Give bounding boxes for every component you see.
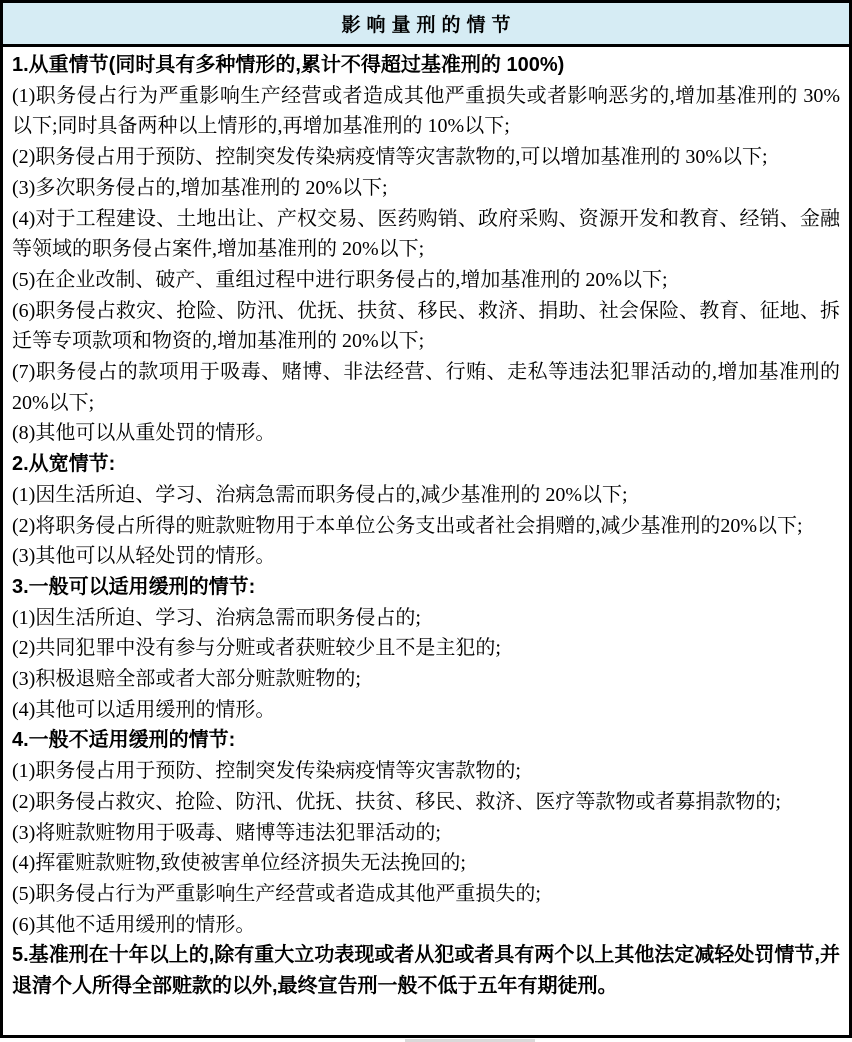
table-body: 1.从重情节(同时具有多种情形的,累计不得超过基准刑的 100%) (1)职务侵… xyxy=(3,47,849,1002)
section-4-item-6: (6)其他不适用缓刑的情形。 xyxy=(12,910,840,941)
section-1-item-4: (4)对于工程建设、土地出让、产权交易、医药购销、政府采购、资源开发和教育、经销… xyxy=(12,204,840,265)
section-4-item-5: (5)职务侵占行为严重影响生产经营或者造成其他严重损失的; xyxy=(12,879,840,910)
section-1-item-2: (2)职务侵占用于预防、控制突发传染病疫情等灾害款物的,可以增加基准刑的 30%… xyxy=(12,142,840,173)
table-header: 影响量刑的情节 xyxy=(3,3,849,47)
section-3-item-1: (1)因生活所迫、学习、治病急需而职务侵占的; xyxy=(12,603,840,634)
section-heading-5: 5.基准刑在十年以上的,除有重大立功表现或者从犯或者具有两个以上其他法定减轻处罚… xyxy=(12,940,840,1001)
section-heading-1: 1.从重情节(同时具有多种情形的,累计不得超过基准刑的 100%) xyxy=(12,50,840,81)
section-2-item-1: (1)因生活所迫、学习、治病急需而职务侵占的,减少基准刑的 20%以下; xyxy=(12,480,840,511)
section-1-item-8: (8)其他可以从重处罚的情形。 xyxy=(12,418,840,449)
section-3-item-4: (4)其他可以适用缓刑的情形。 xyxy=(12,695,840,726)
section-heading-4: 4.一般不适用缓刑的情节: xyxy=(12,725,840,756)
document-page: 影响量刑的情节 1.从重情节(同时具有多种情形的,累计不得超过基准刑的 100%… xyxy=(0,0,852,1042)
section-1-item-1: (1)职务侵占行为严重影响生产经营或者造成其他严重损失或者影响恶劣的,增加基准刑… xyxy=(12,81,840,142)
section-4-item-2: (2)职务侵占救灾、抢险、防汛、优抚、扶贫、移民、救济、医疗等款物或者募捐款物的… xyxy=(12,787,840,818)
section-3-item-2: (2)共同犯罪中没有参与分赃或者获赃较少且不是主犯的; xyxy=(12,633,840,664)
section-4-item-1: (1)职务侵占用于预防、控制突发传染病疫情等灾害款物的; xyxy=(12,756,840,787)
section-1-item-6: (6)职务侵占救灾、抢险、防汛、优抚、扶贫、移民、救济、捐助、社会保险、教育、征… xyxy=(12,296,840,357)
section-4-item-3: (3)将赃款赃物用于吸毒、赌博等违法犯罪活动的; xyxy=(12,818,840,849)
section-1-item-3: (3)多次职务侵占的,增加基准刑的 20%以下; xyxy=(12,173,840,204)
section-1-item-5: (5)在企业改制、破产、重组过程中进行职务侵占的,增加基准刑的 20%以下; xyxy=(12,265,840,296)
section-4-item-4: (4)挥霍赃款赃物,致使被害单位经济损失无法挽回的; xyxy=(12,848,840,879)
section-heading-2: 2.从宽情节: xyxy=(12,449,840,480)
table-title: 影响量刑的情节 xyxy=(335,10,516,37)
section-2-item-3: (3)其他可以从轻处罚的情形。 xyxy=(12,541,840,572)
section-heading-3: 3.一般可以适用缓刑的情节: xyxy=(12,572,840,603)
section-2-item-2: (2)将职务侵占所得的赃款赃物用于本单位公务支出或者社会捐赠的,减少基准刑的20… xyxy=(12,511,840,542)
sentencing-table: 影响量刑的情节 1.从重情节(同时具有多种情形的,累计不得超过基准刑的 100%… xyxy=(0,0,852,1038)
section-3-item-3: (3)积极退赔全部或者大部分赃款赃物的; xyxy=(12,664,840,695)
section-1-item-7: (7)职务侵占的款项用于吸毒、赌博、非法经营、行贿、走私等违法犯罪活动的,增加基… xyxy=(12,357,840,418)
